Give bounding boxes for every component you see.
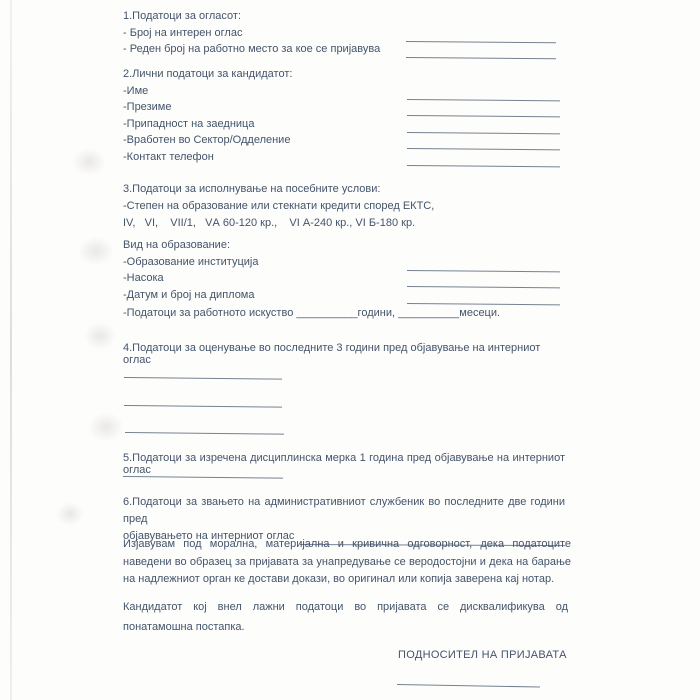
label-employed-in-sector: -Вработен во Сектор/Одделение bbox=[123, 132, 290, 149]
section-6-line1: 6.Податоци за звањето на административни… bbox=[123, 494, 565, 528]
section-5-title: 5.Податоци за изречена дисциплинска мерк… bbox=[123, 452, 565, 476]
section-4-title: 4.Податоци за оценување во последните 3 … bbox=[123, 342, 568, 366]
scan-edge-artifact bbox=[10, 0, 12, 700]
credit-levels-line: IV, VI, VII/1, VА 60-120 кр., VI А-240 к… bbox=[123, 215, 568, 232]
label-diploma-date-number: -Датум и број на диплома bbox=[123, 287, 255, 304]
label-position-number: - Реден број на работно место за кое се … bbox=[123, 41, 380, 58]
form-row: -Припадност на заедница bbox=[123, 116, 568, 133]
label-internal-ad-number: - Број на интерен оглас bbox=[123, 25, 242, 42]
section-announcement-data: 1.Податоци за огласот: - Број на интерен… bbox=[123, 8, 568, 58]
blank-field-internal-ad-number[interactable] bbox=[406, 30, 556, 43]
section-1-title: 1.Податоци за огласот: bbox=[123, 8, 568, 25]
section-personal-data: 2.Лични податоци за кандидатот: -Име -Пр… bbox=[123, 66, 568, 166]
form-row: -Вработен во Сектор/Одделение bbox=[123, 133, 568, 150]
blank-field-employed-in-sector[interactable] bbox=[407, 137, 560, 150]
scan-smudge bbox=[84, 322, 116, 350]
scan-smudge bbox=[78, 236, 114, 266]
scanned-application-form: 1.Податоци за огласот: - Број на интерен… bbox=[0, 0, 700, 700]
blank-field-last-name[interactable] bbox=[407, 104, 560, 117]
section-3-title: 3.Податоци за исполнување на посебните у… bbox=[123, 181, 568, 198]
disqualification-paragraph: Кандидатот кој внел лажни податоци во пр… bbox=[123, 597, 568, 637]
blank-line-disciplinary[interactable] bbox=[123, 476, 283, 479]
blank-field-diploma-date-number[interactable] bbox=[407, 292, 560, 305]
blank-line-evaluation-1[interactable] bbox=[124, 377, 282, 380]
label-first-name: -Име bbox=[123, 83, 148, 100]
education-degree-line: -Степен на образование или стекнати кред… bbox=[123, 198, 568, 215]
blank-line-evaluation-2[interactable] bbox=[124, 405, 282, 408]
form-row: -Име bbox=[123, 83, 568, 100]
declaration-paragraph: Изјавувам под морална, материјална и кри… bbox=[123, 536, 571, 589]
blank-field-contact-phone[interactable] bbox=[407, 154, 560, 167]
blank-field-community-affiliation[interactable] bbox=[407, 121, 560, 134]
label-contact-phone: -Контакт телефон bbox=[123, 149, 214, 166]
work-experience-line[interactable]: -Податоци за работното искуство ________… bbox=[123, 305, 568, 322]
signature-title: ПОДНОСИТЕЛ НА ПРИЈАВАТА bbox=[398, 649, 567, 661]
section-2-title: 2.Лични податоци за кандидатот: bbox=[123, 66, 568, 83]
scan-smudge bbox=[56, 502, 84, 526]
form-row: -Датум и број на диплома bbox=[123, 287, 568, 304]
form-row: -Презиме bbox=[123, 100, 568, 117]
form-row: - Број на интерен оглас bbox=[123, 25, 568, 42]
form-row: -Насока bbox=[123, 271, 568, 288]
form-row: - Реден број на работно место за кое се … bbox=[123, 42, 568, 59]
blank-field-position-number[interactable] bbox=[406, 46, 556, 59]
label-community-affiliation: -Припадност на заедница bbox=[123, 116, 254, 133]
scan-smudge bbox=[88, 412, 124, 442]
form-row: -Контакт телефон bbox=[123, 149, 568, 166]
label-last-name: -Презиме bbox=[123, 99, 171, 116]
label-education-institution: -Образование институција bbox=[123, 254, 258, 271]
education-type-subtitle: Вид на образование: bbox=[123, 237, 568, 254]
label-education-direction: -Насока bbox=[123, 270, 164, 287]
blank-field-education-direction[interactable] bbox=[407, 275, 560, 288]
blank-field-education-institution[interactable] bbox=[407, 259, 560, 272]
form-row: -Образование институција bbox=[123, 254, 568, 271]
blank-line-evaluation-3[interactable] bbox=[125, 432, 284, 435]
blank-field-first-name[interactable] bbox=[407, 88, 560, 101]
scan-smudge bbox=[72, 148, 106, 176]
signature-line[interactable] bbox=[397, 684, 540, 688]
section-special-conditions: 3.Податоци за исполнување на посебните у… bbox=[123, 181, 568, 322]
